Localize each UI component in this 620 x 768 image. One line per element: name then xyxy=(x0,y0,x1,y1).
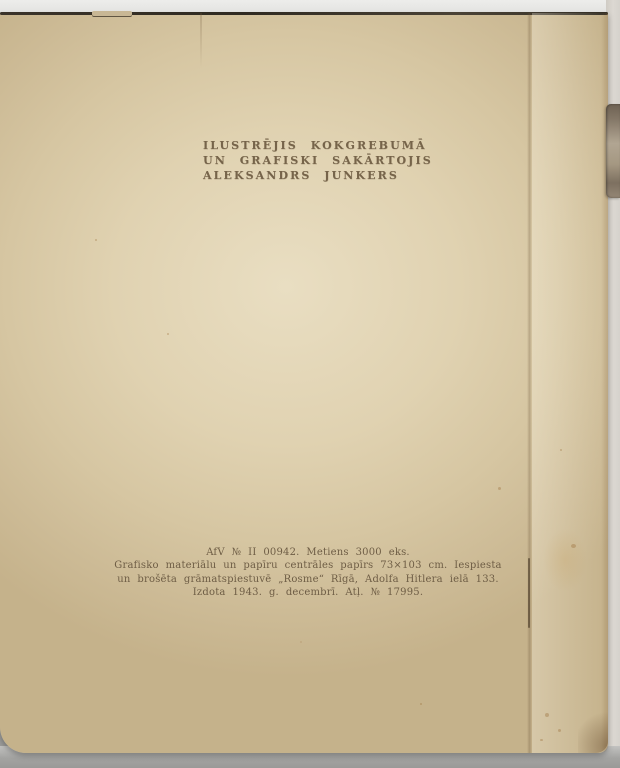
imprint-line-4: Izdota 1943. g. decembrī. Atļ. № 17995. xyxy=(112,586,504,599)
faint-crease xyxy=(200,13,202,68)
paper-stain xyxy=(543,528,587,592)
printing-imprint-block: AfV № II 00942. Metiens 3000 eks. Grafis… xyxy=(112,546,504,600)
credit-line-1: ILUSTRĒJIS KOKGREBUMĀ xyxy=(203,138,433,153)
spine-fragment-at-scan-edge xyxy=(606,104,620,198)
binding-staple xyxy=(528,558,530,628)
foxing-spot xyxy=(95,239,97,241)
foxing-spot xyxy=(545,713,549,717)
foxing-spot xyxy=(540,739,543,741)
imprint-line-3: un brošēta grāmatspiestuvē „Rosme“ Rīgā,… xyxy=(112,573,504,586)
foxing-spot xyxy=(498,487,501,490)
illustrator-credit-block: ILUSTRĒJIS KOKGREBUMĀ UN GRAFISKI SAKĀRT… xyxy=(203,138,433,183)
imprint-line-2: Grafisko materiālu un papīru centrāles p… xyxy=(112,559,504,572)
foxing-spot xyxy=(420,703,422,705)
credit-line-3: ALEKSANDRS JUNKERS xyxy=(203,168,433,183)
foxing-spot xyxy=(300,641,302,643)
foxing-spot xyxy=(560,449,562,451)
book-page-scan: ILUSTRĒJIS KOKGREBUMĀ UN GRAFISKI SAKĀRT… xyxy=(0,0,620,768)
foxing-spot xyxy=(558,729,561,732)
foxing-spot xyxy=(571,544,576,548)
credit-line-2: UN GRAFISKI SAKĀRTOJIS xyxy=(203,153,433,168)
worn-bottom-right-corner xyxy=(578,707,608,753)
aged-paper-page: ILUSTRĒJIS KOKGREBUMĀ UN GRAFISKI SAKĀRT… xyxy=(0,13,608,753)
page-top-edge-notch xyxy=(92,11,132,16)
imprint-line-1: AfV № II 00942. Metiens 3000 eks. xyxy=(112,546,504,559)
inner-sheet-band xyxy=(532,13,604,753)
foxing-spot xyxy=(167,333,169,335)
